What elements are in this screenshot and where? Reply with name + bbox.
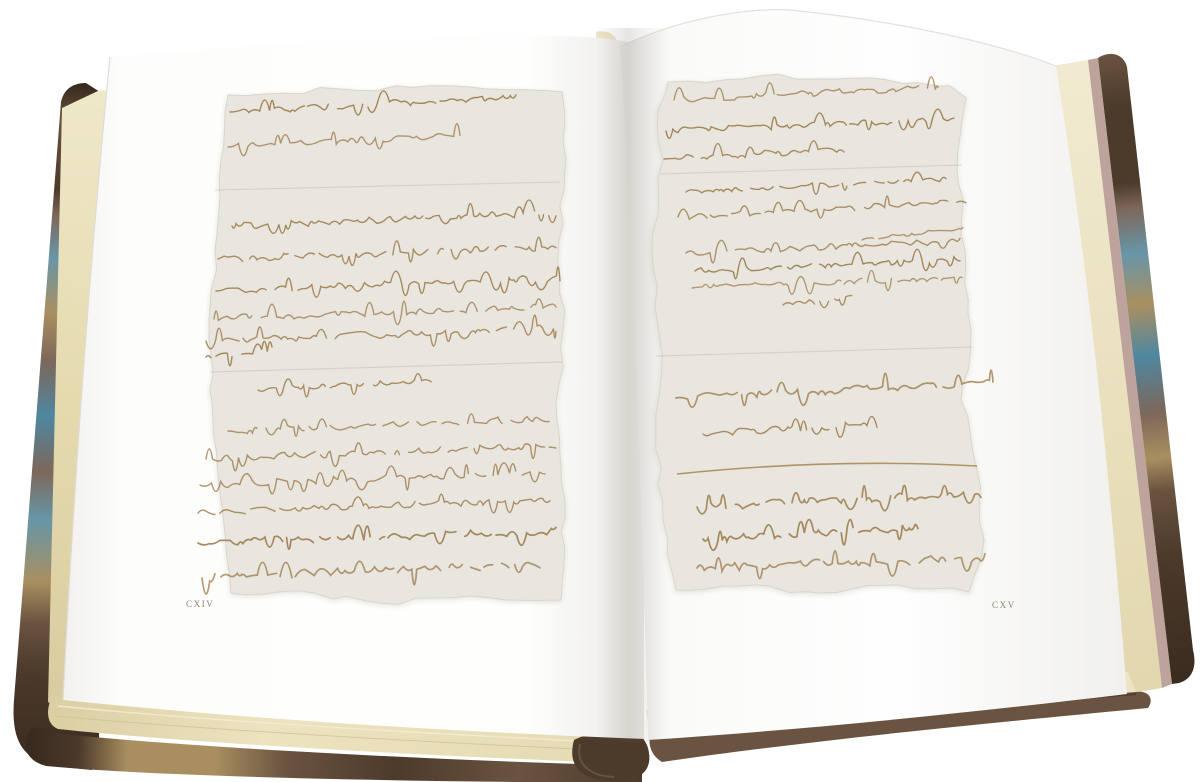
left-manuscript-facsimile bbox=[198, 86, 566, 605]
book-photo: CXIV CXV bbox=[0, 0, 1200, 782]
gutter-shadow bbox=[596, 28, 668, 742]
page-number-right: CXV bbox=[992, 600, 1016, 610]
right-manuscript-facsimile bbox=[652, 74, 993, 593]
page-number-left: CXIV bbox=[186, 599, 214, 609]
open-book bbox=[0, 0, 1200, 782]
right-facsimile-paper bbox=[652, 74, 984, 593]
